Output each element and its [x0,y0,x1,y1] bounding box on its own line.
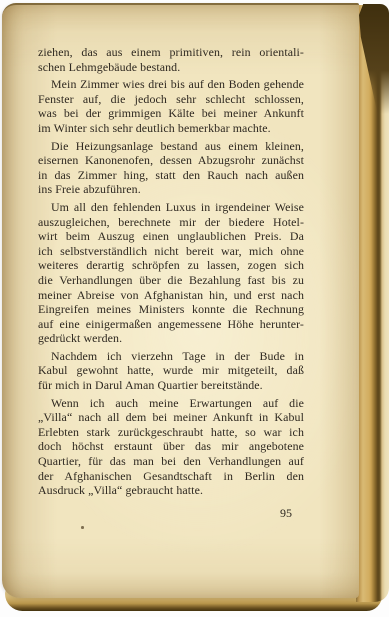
text-line: Mein Zimmer wies drei bis auf den Boden … [38,77,304,92]
text-line: wirt beim Auszug einen unglaublichen Pre… [38,229,304,244]
paragraph: Um all den fehlenden Luxus in irgendeine… [38,200,304,346]
text-line: ich selbstverständlich nicht bereit war,… [38,244,304,259]
paragraph: ziehen, das aus einem primitiven, rein o… [38,45,304,74]
text-line: was bei der grimmigen Kälte bei meiner A… [38,106,304,121]
text-line: die Verhandlungen über die Bezahlung fas… [38,273,304,288]
book-page: ziehen, das aus einem primitiven, rein o… [2,3,359,598]
text-line: der Afghanischen Gesandtschaft in Berlin… [38,469,304,484]
paper-speck [81,526,84,529]
text-line: Wenn ich auch meine Erwartungen auf die [38,396,304,411]
text-line: gedrückt werden. [38,331,304,346]
text-line: weiteres derartig schröpfen zu lassen, z… [38,258,304,273]
text-line: in das Zimmer hing, statt den Rauch nach… [38,168,304,183]
paragraph: Nachdem ich vierzehn Tage in der Bude in… [38,349,304,393]
text-line: Erlebten stark zurückgeschraubt hatte, s… [38,425,304,440]
text-line: „Villa“ nach all dem bei meiner Ankunft … [38,410,304,425]
text-line: Fenster auf, die jedoch sehr schlecht sc… [38,92,304,107]
text-line: Kabul gewohnt hatte, wurde mir mitgeteil… [38,363,304,378]
page-text-block: ziehen, das aus einem primitiven, rein o… [38,45,304,498]
text-line: Nachdem ich vierzehn Tage in der Bude in [38,349,304,364]
text-line: Ausdruck „Villa“ gebraucht hatte. [38,483,304,498]
book-page-scan: ziehen, das aus einem primitiven, rein o… [0,0,389,617]
text-line: doch höchst erstaunt über das mir angebo… [38,439,304,454]
paragraph: Mein Zimmer wies drei bis auf den Boden … [38,77,304,135]
text-line: Die Heizungsanlage bestand aus einem kle… [38,139,304,154]
page-number: 95 [2,506,292,520]
text-line: schen Lehmgebäude bestand. [38,60,304,75]
text-line: auf eine einigermaßen angemessene Höhe h… [38,317,304,332]
text-line: auszugleichen, berechnete mir der bieder… [38,215,304,230]
paragraph: Wenn ich auch meine Erwartungen auf die„… [38,396,304,498]
text-line: Quartier, für das man bei den Verhandlun… [38,454,304,469]
text-line: ins Freie abzuführen. [38,182,304,197]
text-line: eisernen Kanonenofen, dessen Abzugsrohr … [38,153,304,168]
text-line: meiner Abreise von Afghanistan hin, und … [38,288,304,303]
text-line: für mich in Darul Aman Quartier bereitst… [38,378,304,393]
text-line: Eingreifen meines Ministers konnte die R… [38,302,304,317]
text-line: ziehen, das aus einem primitiven, rein o… [38,45,304,60]
text-line: Um all den fehlenden Luxus in irgendeine… [38,200,304,215]
text-line: im Winter sich sehr deutlich bemerkbar m… [38,121,304,136]
paragraph: Die Heizungsanlage bestand aus einem kle… [38,139,304,197]
